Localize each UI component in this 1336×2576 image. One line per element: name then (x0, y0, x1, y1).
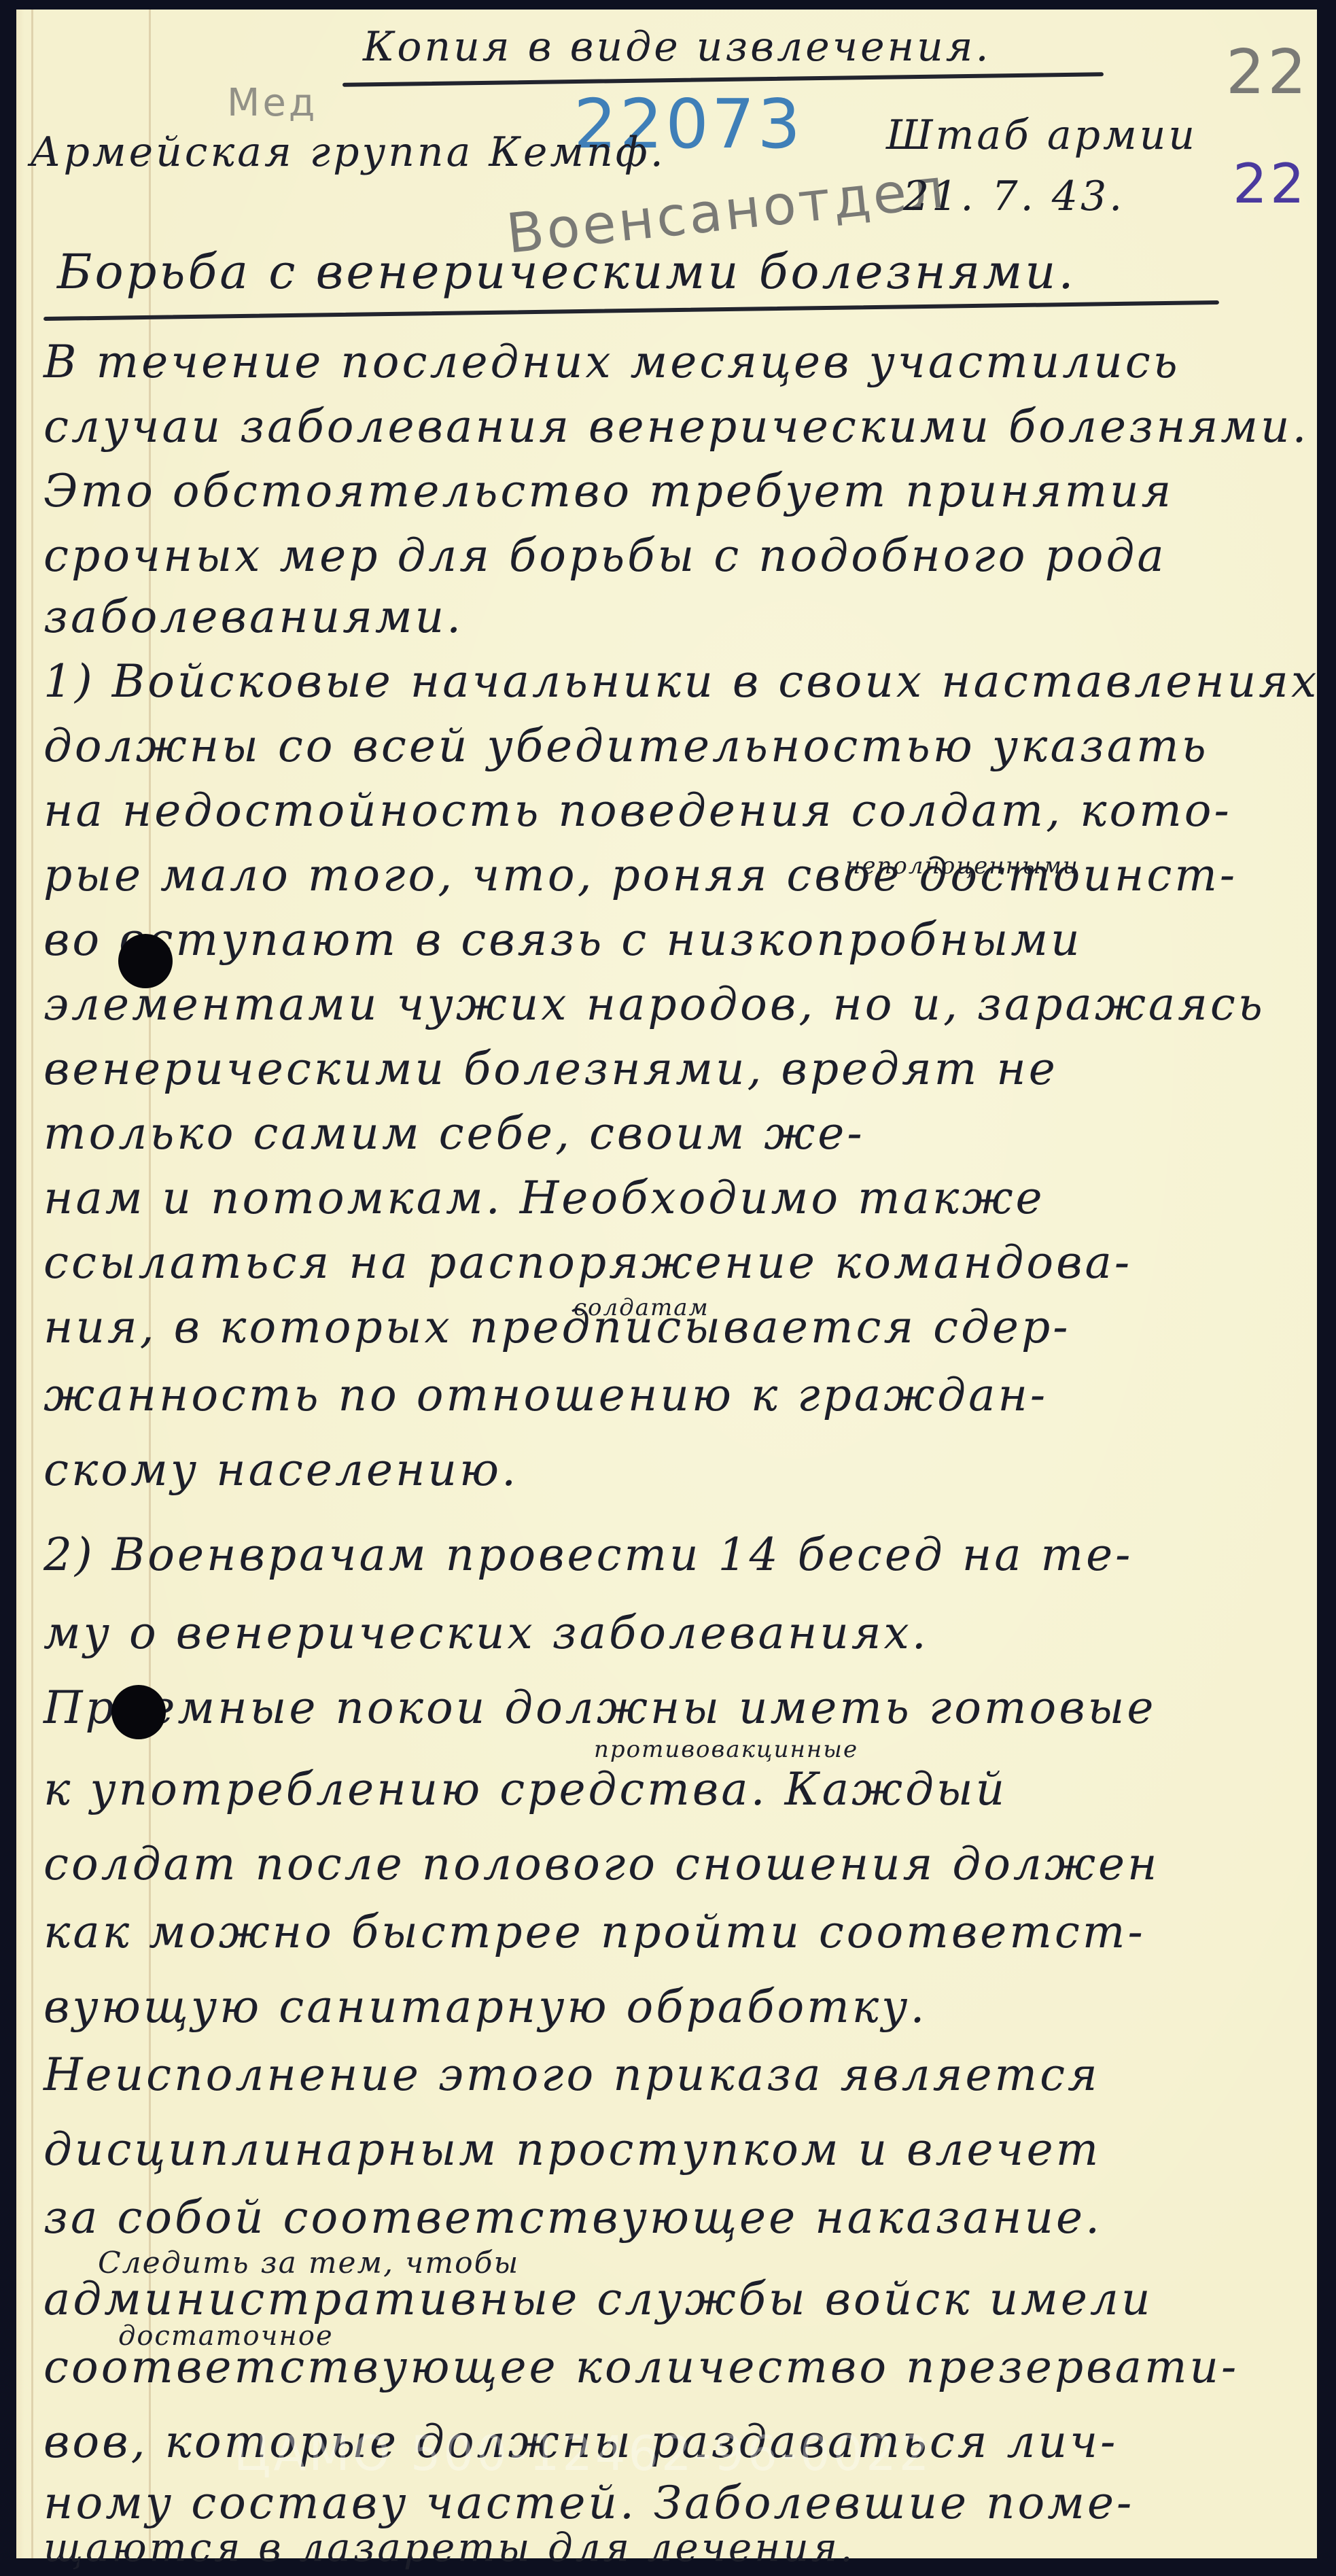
document-header: Копия в виде извлечения. (363, 23, 991, 71)
document-page: Копия в виде извлечения. Мед 22073 22 22… (16, 10, 1317, 2558)
recipient: Штаб армии (886, 111, 1197, 159)
body-line: 2) Военврачам провести 14 бесед на те- (43, 1529, 1133, 1581)
body-line: срочных мер для борьбы с подобного рода (43, 529, 1167, 582)
body-line: Приемные покои должны иметь готовые (43, 1682, 1156, 1734)
body-line: соответствующее количество презервати- (43, 2341, 1239, 2393)
document-title: Борьба с венерическими болезнями. (57, 244, 1076, 300)
body-line: В течение последних месяцев участились (43, 336, 1180, 388)
body-line: Это обстоятельство требует принятия (43, 465, 1174, 517)
body-line: элементами чужих народов, но и, заражаяс… (43, 978, 1265, 1030)
page-number-ink: 22 (1233, 152, 1307, 215)
body-line: венерическими болезнями, вредят не (43, 1043, 1058, 1095)
document-date: 21. 7. 43. (903, 173, 1125, 220)
body-line: во вступают в связь с низкопробными (43, 913, 1083, 966)
title-underline (43, 300, 1219, 321)
body-line: должны со всей убедительностью указать (43, 720, 1209, 772)
body-line: Неисполнение этого приказа является (43, 2049, 1100, 2101)
body-line: только самим себе, своим же- (43, 1107, 865, 1160)
body-line: ному составу частей. Заболевшие поме- (43, 2477, 1134, 2529)
body-line: ссылаться на распоряжение командова- (43, 1236, 1132, 1289)
body-line: 1) Войсковые начальники в своих наставле… (43, 655, 1319, 708)
body-line: ния, в которых предписывается сдер- (43, 1301, 1071, 1353)
sender: Армейская группа Кемпф. (30, 128, 666, 176)
punch-hole (118, 934, 173, 988)
body-line: солдат после полового сношения должен (43, 1838, 1160, 1890)
body-line: на недостойность поведения солдат, кото- (43, 784, 1232, 837)
body-line: вующую санитарную обработку. (43, 1981, 927, 2033)
paper-fold (31, 10, 33, 2558)
punch-hole (111, 1685, 166, 1739)
body-line: дисциплинарным проступком и влечет (43, 2123, 1101, 2176)
body-line: к употреблению средства. Каждый (43, 1763, 1007, 1815)
body-line: случаи заболевания венерическими болезня… (43, 400, 1309, 453)
archive-watermark: ЦАМО 500-12462-96-0022 (234, 2426, 932, 2482)
body-line: щаются в лазареты для лечения. (43, 2524, 856, 2571)
body-line: за собой соответствующее наказание. (43, 2191, 1102, 2244)
page-number-pencil: 22 (1226, 37, 1309, 108)
body-line: му о венерических заболеваниях. (43, 1607, 929, 1659)
body-line: скому населению. (43, 1444, 518, 1496)
margin-note-pencil: Мед (227, 81, 318, 125)
body-line: административные службы войск имели (43, 2273, 1153, 2325)
insertion-text: противовакцинные (594, 1736, 858, 1763)
body-line: жанность по отношению к граждан- (43, 1369, 1048, 1421)
insertion-text: неполноценными (845, 852, 1079, 880)
body-line: как можно быстрее пройти соответст- (43, 1906, 1146, 1958)
body-line: нам и потомкам. Необходимо также (43, 1172, 1045, 1224)
body-line: заболеваниями. (43, 591, 463, 643)
